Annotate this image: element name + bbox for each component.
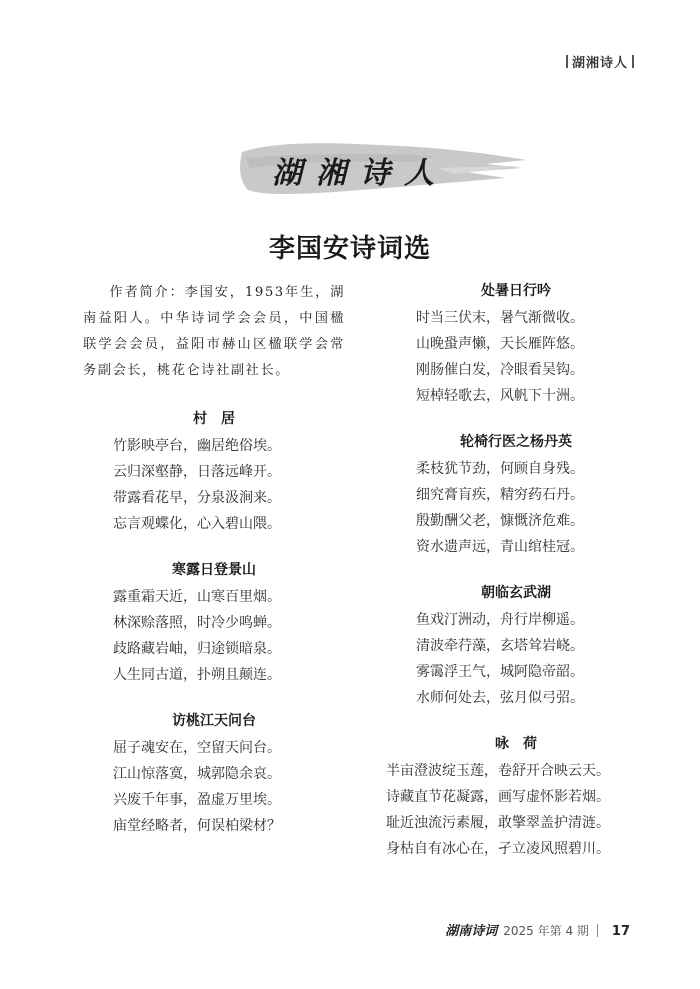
- poem-line: 诗藏直节花凝露，画写虚怀影若烟。: [386, 784, 646, 810]
- poem-line: 鱼戏汀洲动，舟行岸柳遥。: [386, 607, 646, 633]
- poem-title: 访桃江天问台: [83, 710, 345, 732]
- poem-line: 资水遗声远，青山绾桂冠。: [386, 534, 646, 560]
- poem-title: 轮椅行医之杨丹英: [386, 431, 646, 453]
- section-banner: 湖湘诗人: [236, 138, 528, 198]
- poem: 轮椅行医之杨丹英 柔枝犹节劲，何顾自身残。 细究膏肓疾，精穷药石丹。 殷勤酬父老…: [386, 431, 646, 560]
- poem-line: 露重霜天近，山寒百里烟。: [83, 584, 345, 610]
- issue-label: 2025 年第 4 期: [503, 924, 589, 938]
- section-tag-label: 湖湘诗人: [572, 56, 628, 71]
- right-column: 处暑日行吟 时当三伏末，暑气渐微收。 山晚蛩声懒，天长雁阵悠。 刚肠催白发，冷眼…: [386, 280, 646, 884]
- divider: [566, 55, 568, 68]
- article-title: 李国安诗词选: [0, 228, 700, 265]
- poem-line: 耻近浊流污素履，敢擎翠盖护清涟。: [386, 810, 646, 836]
- poem-title: 朝临玄武湖: [386, 582, 646, 604]
- poem-line: 江山惊落寞，城郭隐余哀。: [83, 761, 345, 787]
- magazine-logo: 湖南诗词: [445, 924, 497, 939]
- poem-line: 水师何处去，弦月似弓弨。: [386, 685, 646, 711]
- poem-line: 刚肠催白发，冷眼看吴钩。: [386, 357, 646, 383]
- poem-line: 忘言观蝶化，心入碧山隈。: [83, 511, 345, 537]
- poem-line: 人生同古道，扑朔且颠连。: [83, 662, 345, 688]
- poem-line: 林深赊落照，时冷少鸣蝉。: [83, 610, 345, 636]
- poem-line: 兴废千年事，盈虚万里埃。: [83, 787, 345, 813]
- poem-line: 歧路藏岩岫，归途锁暗泉。: [83, 636, 345, 662]
- poem: 寒露日登景山 露重霜天近，山寒百里烟。 林深赊落照，时冷少鸣蝉。 歧路藏岩岫，归…: [83, 559, 345, 688]
- poem-line: 屈子魂安在，空留天问台。: [83, 735, 345, 761]
- author-bio: 作者简介：李国安，1953年生，湖南益阳人。中华诗词学会会员，中国楹联学会会员，…: [83, 280, 345, 384]
- poem-line: 半亩澄波绽玉莲，卷舒开合映云天。: [386, 758, 646, 784]
- poem-line: 柔枝犹节劲，何顾自身残。: [386, 456, 646, 482]
- poem-line: 山晚蛩声懒，天长雁阵悠。: [386, 331, 646, 357]
- page-footer: 湖南诗词2025 年第 4 期17: [445, 920, 630, 939]
- poem-line: 带露看花早，分泉汲涧来。: [83, 485, 345, 511]
- poem-line: 细究膏肓疾，精穷药石丹。: [386, 482, 646, 508]
- poem-line: 短棹轻歌去，风帆下十洲。: [386, 383, 646, 409]
- poem-line: 殷勤酬父老，慷慨济危难。: [386, 508, 646, 534]
- page-number: 17: [612, 924, 630, 939]
- poem: 处暑日行吟 时当三伏末，暑气渐微收。 山晚蛩声懒，天长雁阵悠。 刚肠催白发，冷眼…: [386, 280, 646, 409]
- divider: [597, 924, 598, 937]
- divider: [632, 55, 634, 68]
- poem: 咏 荷 半亩澄波绽玉莲，卷舒开合映云天。 诗藏直节花凝露，画写虚怀影若烟。 耻近…: [386, 733, 646, 862]
- poem-line: 雾霭浮王气，城阿隐帝韶。: [386, 659, 646, 685]
- poem-title: 村 居: [83, 408, 345, 430]
- poem-title: 咏 荷: [386, 733, 646, 755]
- poem-line: 竹影映亭台，幽居绝俗埃。: [83, 433, 345, 459]
- poem-title: 寒露日登景山: [83, 559, 345, 581]
- poem-line: 清波牵荇藻，玄塔耸岩峣。: [386, 633, 646, 659]
- section-tag: 湖湘诗人: [562, 52, 638, 71]
- poem-line: 云归深壑静，日落远峰开。: [83, 459, 345, 485]
- poem: 访桃江天问台 屈子魂安在，空留天问台。 江山惊落寞，城郭隐余哀。 兴废千年事，盈…: [83, 710, 345, 839]
- poem-line: 身枯自有冰心在，孑立凌风照碧川。: [386, 836, 646, 862]
- banner-title: 湖湘诗人: [272, 148, 448, 192]
- poem: 村 居 竹影映亭台，幽居绝俗埃。 云归深壑静，日落远峰开。 带露看花早，分泉汲涧…: [83, 408, 345, 537]
- poem: 朝临玄武湖 鱼戏汀洲动，舟行岸柳遥。 清波牵荇藻，玄塔耸岩峣。 雾霭浮王气，城阿…: [386, 582, 646, 711]
- poem-title: 处暑日行吟: [386, 280, 646, 302]
- poem-line: 庙堂经略者，何误柏梁材？: [83, 813, 345, 839]
- left-column: 作者简介：李国安，1953年生，湖南益阳人。中华诗词学会会员，中国楹联学会会员，…: [83, 280, 345, 861]
- poem-line: 时当三伏末，暑气渐微收。: [386, 305, 646, 331]
